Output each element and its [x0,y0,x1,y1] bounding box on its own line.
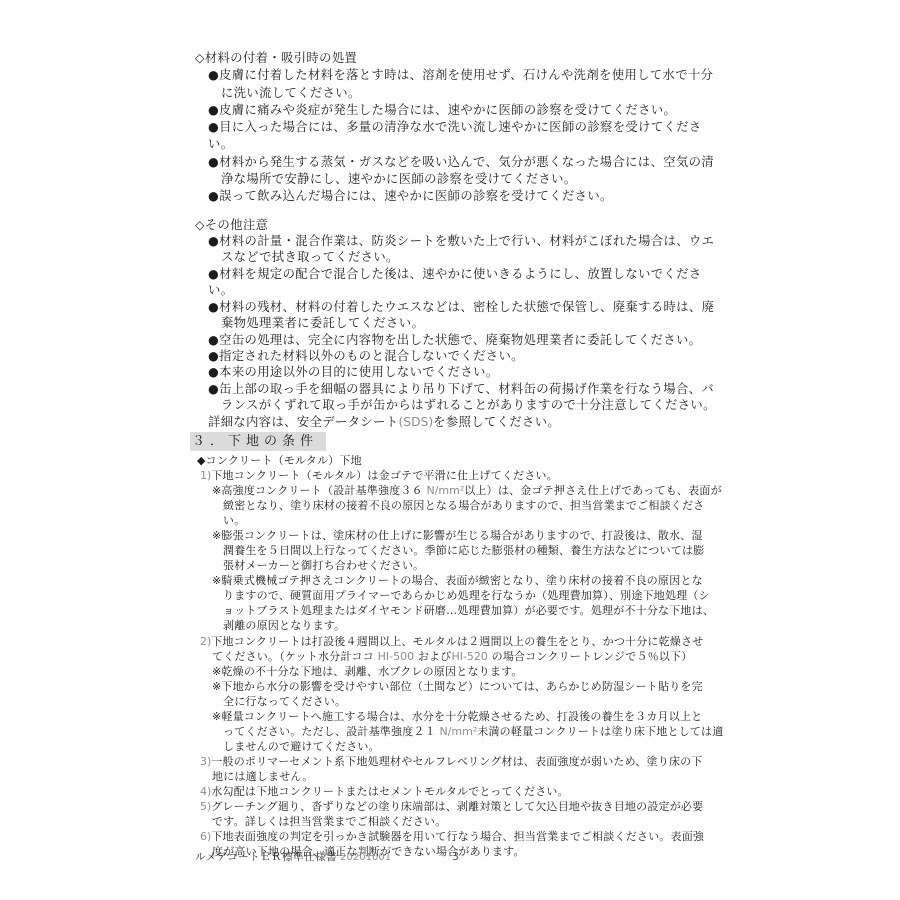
text-line: 2)下地コンクリートは打設後４週間以上、モルタルは２週間以上の養生をとり、かつ十… [195,634,725,649]
text-line: ●本来の用途以外の目的に使用しないでください。 [195,364,725,380]
text-line: 地には適しません。 [195,769,725,784]
text-line: ランスがくずれて取っ手が缶からはずれることがありますので十分注意してください。 [195,397,725,413]
text-line: ●皮膚に痛みや炎症が発生した場合には、速やかに医師の診察を受けてください。 [195,102,725,119]
section-heading: ３．下地の条件 [190,432,326,451]
text-line: 棄物処理業者に委託してください。 [195,315,725,331]
text-line: ●材料から発生する蒸気・ガスなどを吸い込んで、気分が悪くなった場合には、空気の清 [195,154,725,171]
text-line: 浄な場所で安静にし、速やかに医師の診察を受けてください。 [195,171,725,188]
text-line: に洗い流してください。 [195,85,725,102]
footer: ルメアコートＥＲ標準仕様書20201001 [195,849,391,864]
page-number: 3 [452,850,459,863]
text-line: 6)下地表面強度の判定を引っかき試験器を用いて行なう場合、担当営業までご相談くだ… [195,829,725,844]
text-line: ●材料の計量・混合作業は、防炎シートを敷いた上で行い、材料がこぼれた場合は、ウエ [195,233,725,249]
section-material-attachment-inhalation: ◇材料の付着・吸引時の処置 ●皮膚に付着した材料を落とす時は、溶剤を使用せず、石… [195,50,725,206]
text-line: ●空缶の処理は、完全に内容物を出した状態で、廃棄物処理業者に委託してください。 [195,332,725,348]
document-page: ◇材料の付着・吸引時の処置 ●皮膚に付着した材料を落とす時は、溶剤を使用せず、石… [0,0,900,900]
text-line: ●缶上部の取っ手を細幅の器具により吊り下げて、材料缶の荷揚げ作業を行なう場合、バ [195,381,725,397]
text-line: い。 [195,513,725,528]
text-line: 剥離の原因となります。 [195,618,725,633]
text-line: ※膨張コンクリートは、塗床材の仕上げに影響が生じる場合がありますので、打設後は、… [195,528,725,543]
text-line: ●目に入った場合には、多量の清浄な水で洗い流し速やかに医師の診察を受けてください… [195,119,725,154]
text-line: ●皮膚に付着した材料を落とす時は、溶剤を使用せず、石けんや洗剤を使用して水で十分 [195,67,725,84]
text-line: ※乾燥の不十分な下地は、剥離、水ブクレの原因となります。 [195,664,725,679]
text-line: です。詳しくは担当営業までご相談ください。 [195,814,725,829]
text-line: ※高強度コンクリート（設計基準強度３６ N/mm²以上）は、金ゴテ押さえ仕上げで… [195,483,725,498]
text-line: 詳細な内容は、安全データシート(SDS)を参照してください。 [195,414,725,430]
text-line: スなどで拭き取ってください。 [195,249,725,265]
section-other-precautions: ◇その他注意 ●材料の計量・混合作業は、防炎シートを敷いた上で行い、材料がこぼれ… [195,217,725,430]
section-substrate-conditions: ３．下地の条件 ◆コンクリート（モルタル）下地1)下地コンクリート（モルタル）は… [195,432,725,859]
text-line: 潤養生を５日間以上行なってください。季節に応じた膨張材の種類、養生方法などについ… [195,543,725,558]
text-line: 4)水勾配は下地コンクリートまたはセメントモルタルでとってください。 [195,784,725,799]
document-body: ◇材料の付着・吸引時の処置 ●皮膚に付着した材料を落とす時は、溶剤を使用せず、石… [195,50,725,859]
section-lines: ◆コンクリート（モルタル）下地1)下地コンクリート（モルタル）は金ゴテで平滑に仕… [195,453,725,859]
text-line: ●誤って飲み込んだ場合には、速やかに医師の診察を受けてください。 [195,188,725,205]
section-heading: ◇その他注意 [195,217,725,233]
text-line: てください。（ケット水分計ココ HI-500 およびHI-520 の場合コンクリ… [195,649,725,664]
text-line: ●指定された材料以外のものと混合しないでください。 [195,348,725,364]
section-heading-highlight-band: ３．下地の条件 [190,432,725,451]
text-line: ってください。ただし、設計基準強度２１ N/mm²未満の軽量コンクリートは塗り床… [195,724,725,739]
text-line: ※騎乗式機械ゴテ押さえコンクリートの場合、表面が緻密となり、塗り床材の接着不良の… [195,573,725,588]
text-line: 張材メーカーと御打ち合わせください。 [195,558,725,573]
text-line: 5)グレーチング廻り、沓ずりなどの塗り床端部は、剥離対策として欠込目地や抜き目地… [195,799,725,814]
section-lines: ●皮膚に付着した材料を落とす時は、溶剤を使用せず、石けんや洗剤を使用して水で十分… [195,67,725,205]
text-line: ◆コンクリート（モルタル）下地 [195,453,725,468]
text-line: 1)下地コンクリート（モルタル）は金ゴテで平滑に仕上げてください。 [195,468,725,483]
footer-doc-number: 20201001 [340,852,391,863]
footer-doc-title: ルメアコートＥＲ標準仕様書 [195,851,337,863]
text-line: ョットブラスト処理またはダイヤモンド研磨…処理費加算）が必要です。処理が不十分な… [195,603,725,618]
text-line: ※下地から水分の影響を受けやすい部位（土間など）については、あらかじめ防湿シート… [195,679,725,694]
text-line: しませんので避けてください。 [195,739,725,754]
text-line: りますので、硬質面用プライマーであらかじめ処理を行なうか（処理費加算）、別途下地… [195,588,725,603]
text-line: ●材料を規定の配合で混合した後は、速やかに使いきるようにし、放置しないでください… [195,266,725,299]
text-line: 緻密となり、塗り床材の接着不良の原因となる場合がありますので、担当営業までご相談… [195,498,725,513]
text-line: ●材料の残材、材料の付着したウエスなどは、密栓した状態で保管し、廃棄する時は、廃 [195,299,725,315]
text-line: ※軽量コンクリートへ施工する場合は、水分を十分乾燥させるため、打設後の養生を３カ… [195,709,725,724]
text-line: 全に行なってください。 [195,694,725,709]
section-heading: ◇材料の付着・吸引時の処置 [195,50,725,67]
section-lines: ●材料の計量・混合作業は、防炎シートを敷いた上で行い、材料がこぼれた場合は、ウエ… [195,233,725,430]
text-line: 3)一般のポリマーセメント系下地処理材やセルフレベリング材は、表面強度が弱いため… [195,754,725,769]
